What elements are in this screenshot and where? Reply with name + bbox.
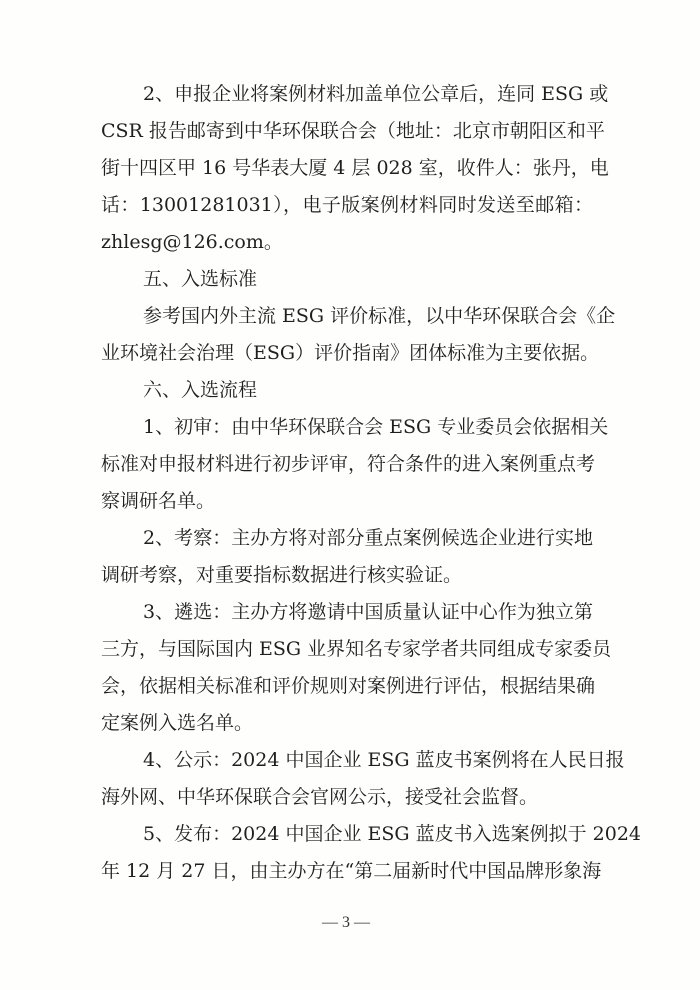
- section-heading-selection-criteria: 五、入选标准: [101, 261, 593, 298]
- text-line: 话：13001281031），电子版案例材料同时发送至邮箱：: [101, 187, 593, 224]
- text-line: 会，依据相关标准和评价规则对案例进行评估，根据结果确: [101, 668, 593, 705]
- document-body: 2、申报企业将案例材料加盖单位公章后，连同 ESG 或 CSR 报告邮寄到中华环…: [101, 76, 593, 890]
- text-line: 标准对申报材料进行初步评审，符合条件的进入案例重点考: [101, 446, 593, 483]
- page-number: — 3 —: [0, 914, 692, 932]
- text-line: 察调研名单。: [101, 483, 593, 520]
- text-line: 海外网、中华环保联合会官网公示，接受社会监督。: [101, 779, 593, 816]
- text-line: 街十四区甲 16 号华表大厦 4 层 028 室，收件人：张丹，电: [101, 150, 593, 187]
- text-line: 4、公示：2024 中国企业 ESG 蓝皮书案例将在人民日报: [101, 742, 593, 779]
- text-line: 5、发布：2024 中国企业 ESG 蓝皮书入选案例拟于 2024: [101, 816, 593, 853]
- text-line: 调研考察，对重要指标数据进行核实验证。: [101, 557, 593, 594]
- text-line: 定案例入选名单。: [101, 705, 593, 742]
- email-line: zhlesg@126.com。: [101, 224, 593, 261]
- text-line: 年 12 月 27 日，由主办方在“第二届新时代中国品牌形象海: [101, 853, 593, 890]
- text-line: 业环境社会治理（ESG）评价指南》团体标准为主要依据。: [101, 335, 593, 372]
- text-line: 三方，与国际国内 ESG 业界知名专家学者共同组成专家委员: [101, 631, 593, 668]
- text-line: 参考国内外主流 ESG 评价标准，以中华环保联合会《企: [101, 298, 593, 335]
- text-line: CSR 报告邮寄到中华环保联合会（地址：北京市朝阳区和平: [101, 113, 593, 150]
- text-line: 1、初审：由中华环保联合会 ESG 专业委员会依据相关: [101, 409, 593, 446]
- text-line: 2、考察：主办方将对部分重点案例候选企业进行实地: [101, 520, 593, 557]
- text-line: 2、申报企业将案例材料加盖单位公章后，连同 ESG 或: [101, 76, 593, 113]
- section-heading-selection-process: 六、入选流程: [101, 372, 593, 409]
- text-line: 3、遴选：主办方将邀请中国质量认证中心作为独立第: [101, 594, 593, 631]
- document-page: 2、申报企业将案例材料加盖单位公章后，连同 ESG 或 CSR 报告邮寄到中华环…: [0, 0, 700, 990]
